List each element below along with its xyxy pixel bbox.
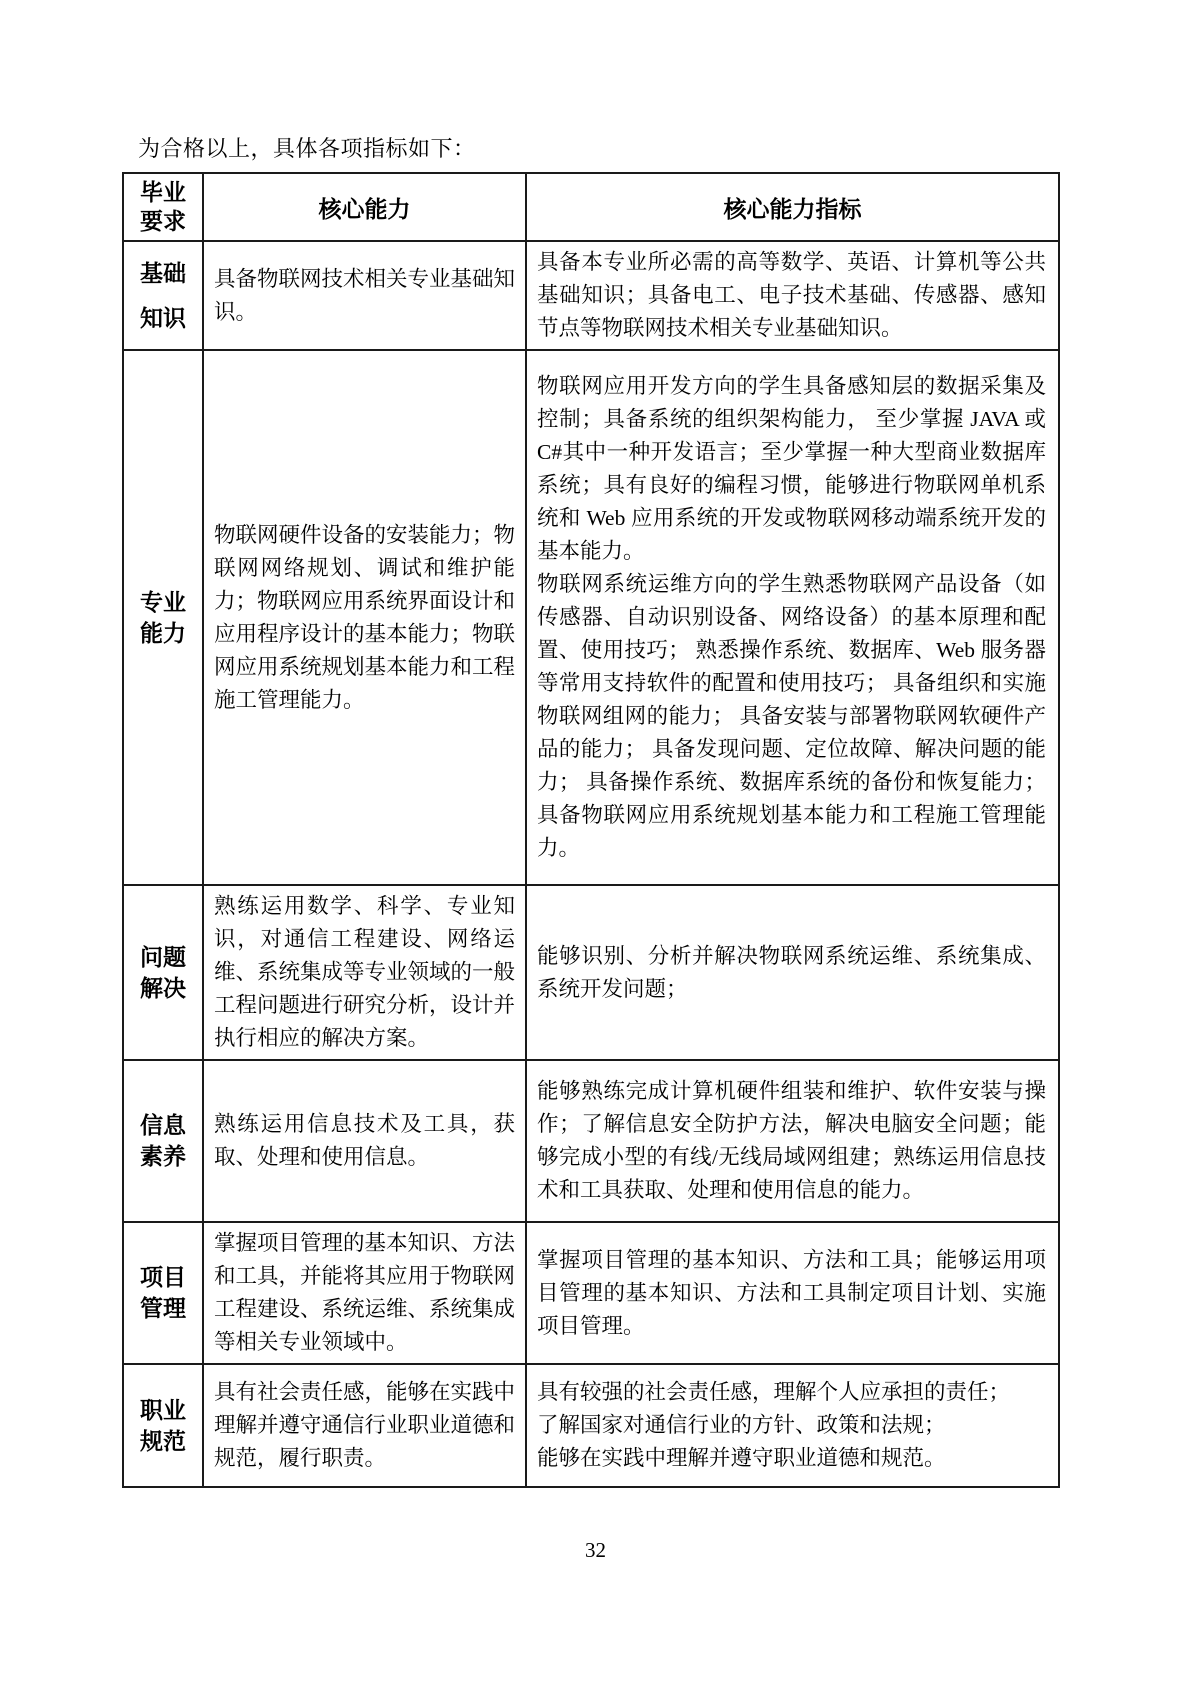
header-graduation-requirement: 毕业 要求: [123, 173, 203, 241]
core-ability-cell: 熟练运用信息技术及工具，获取、处理和使用信息。: [203, 1060, 526, 1222]
document-page: 为合格以上，具体各项指标如下： 毕业 要求 核心能力 核心能力指标 基础 知识 …: [0, 0, 1191, 1684]
core-ability-indicators-cell: 能够熟练完成计算机硬件组装和维护、软件安装与操作；了解信息安全防护方法，解决电脑…: [526, 1060, 1059, 1222]
table-row-project-management: 项目 管理 掌握项目管理的基本知识、方法和工具，并能将其应用于物联网工程建设、系…: [123, 1222, 1059, 1364]
requirement-label: 基础 知识: [123, 241, 203, 350]
requirement-label: 项目 管理: [123, 1222, 203, 1364]
requirement-label: 专业 能力: [123, 350, 203, 885]
core-ability-indicators-cell: 物联网应用开发方向的学生具备感知层的数据采集及控制；具备系统的组织架构能力， 至…: [526, 350, 1059, 885]
table-row-professional-ethics: 职业 规范 具有社会责任感，能够在实践中理解并遵守通信行业职业道德和规范，履行职…: [123, 1364, 1059, 1487]
table-row-information-literacy: 信息 素养 熟练运用信息技术及工具，获取、处理和使用信息。 能够熟练完成计算机硬…: [123, 1060, 1059, 1222]
core-ability-cell: 熟练运用数学、科学、专业知识，对通信工程建设、网络运维、系统集成等专业领域的一般…: [203, 885, 526, 1060]
core-ability-cell: 具有社会责任感，能够在实践中理解并遵守通信行业职业道德和规范，履行职责。: [203, 1364, 526, 1487]
table-row-problem-solving: 问题 解决 熟练运用数学、科学、专业知识，对通信工程建设、网络运维、系统集成等专…: [123, 885, 1059, 1060]
header-core-ability-indicators: 核心能力指标: [526, 173, 1059, 241]
core-ability-table: 毕业 要求 核心能力 核心能力指标 基础 知识 具备物联网技术相关专业基础知识。…: [122, 172, 1060, 1488]
core-ability-indicators-cell: 具备本专业所必需的高等数学、英语、计算机等公共基础知识；具备电工、电子技术基础、…: [526, 241, 1059, 350]
intro-text: 为合格以上，具体各项指标如下：: [138, 136, 476, 162]
requirement-label: 职业 规范: [123, 1364, 203, 1487]
core-ability-cell: 物联网硬件设备的安装能力；物联网网络规划、调试和维护能力；物联网应用系统界面设计…: [203, 350, 526, 885]
requirement-label: 信息 素养: [123, 1060, 203, 1222]
core-ability-indicators-cell: 能够识别、分析并解决物联网系统运维、系统集成、系统开发问题；: [526, 885, 1059, 1060]
table-header-row: 毕业 要求 核心能力 核心能力指标: [123, 173, 1059, 241]
core-ability-cell: 掌握项目管理的基本知识、方法和工具，并能将其应用于物联网工程建设、系统运维、系统…: [203, 1222, 526, 1364]
core-ability-indicators-cell: 掌握项目管理的基本知识、方法和工具；能够运用项目管理的基本知识、方法和工具制定项…: [526, 1222, 1059, 1364]
core-ability-indicators-cell: 具有较强的社会责任感，理解个人应承担的责任； 了解国家对通信行业的方针、政策和法…: [526, 1364, 1059, 1487]
header-core-ability: 核心能力: [203, 173, 526, 241]
table-row-professional-ability: 专业 能力 物联网硬件设备的安装能力；物联网网络规划、调试和维护能力；物联网应用…: [123, 350, 1059, 885]
requirement-label: 问题 解决: [123, 885, 203, 1060]
core-ability-cell: 具备物联网技术相关专业基础知识。: [203, 241, 526, 350]
table-row-basic-knowledge: 基础 知识 具备物联网技术相关专业基础知识。 具备本专业所必需的高等数学、英语、…: [123, 241, 1059, 350]
page-number: 32: [0, 1538, 1191, 1563]
